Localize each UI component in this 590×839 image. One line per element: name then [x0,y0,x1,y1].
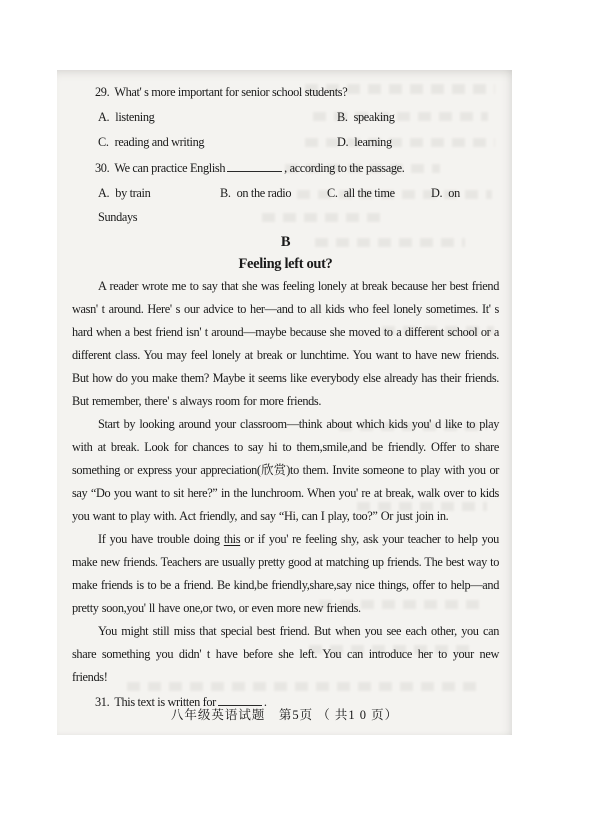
option-29-c: C.reading and writing [98,130,337,154]
option-29-a-label: A. [98,110,115,124]
page-footer: 八年级英语试题 第5页 （ 共1 0 页） [57,703,512,727]
passage-paragraph-3-underlined-word: this [224,532,240,546]
passage-paragraph-4: You might still miss that special best f… [72,620,499,689]
passage-paragraph-2: Start by looking around your classroom—t… [72,413,499,528]
section-b-letter: B [72,231,499,253]
question-30: 30.We can practice English, according to… [72,156,499,180]
question-30-options-row: A.by trainB.on the radioC.all the timeD.… [72,181,499,229]
question-30-blank [227,159,282,172]
question-29: 29.What' s more important for senior sch… [72,80,499,104]
question-30-text-before: We can practice English [114,161,225,175]
question-29-options-row-2: C.reading and writingD.learning [72,130,499,154]
option-29-a: A.listening [98,105,337,129]
option-29-c-label: C. [98,135,115,149]
option-30-a: A.by train [98,181,220,205]
option-30-a-text: by train [115,186,150,200]
question-30-text-after: , according to the passage. [284,161,404,175]
question-29-options-row-1: A.listeningB.speaking [72,105,499,129]
option-30-c-label: C. [327,186,344,200]
option-30-c: C.all the time [327,181,431,205]
option-29-b-text: speaking [354,110,395,124]
passage-paragraph-1: A reader wrote me to say that she was fe… [72,275,499,413]
passage-paragraph-3: If you have trouble doing this or if you… [72,528,499,620]
option-30-d-label: D. [431,186,448,200]
option-30-a-label: A. [98,186,115,200]
option-29-b: B.speaking [337,110,395,124]
page-content: 29.What' s more important for senior sch… [57,70,512,714]
option-30-c-text: all the time [344,186,395,200]
option-29-d: D.learning [337,135,392,149]
option-30-b-text: on the radio [237,186,292,200]
reading-passage: A reader wrote me to say that she was fe… [72,275,499,689]
scanned-exam-page: 29.What' s more important for senior sch… [57,70,512,735]
option-29-d-text: learning [354,135,392,149]
option-29-a-text: listening [115,110,154,124]
passage-paragraph-3-before: If you have trouble doing [98,532,224,546]
option-29-b-label: B. [337,110,354,124]
passage-title: Feeling left out? [72,253,499,275]
question-30-number: 30. [95,161,114,175]
option-30-b: B.on the radio [220,181,327,205]
option-29-c-text: reading and writing [115,135,205,149]
option-29-d-label: D. [337,135,354,149]
option-30-b-label: B. [220,186,237,200]
question-29-text: What' s more important for senior school… [114,85,347,99]
question-29-number: 29. [95,85,114,99]
